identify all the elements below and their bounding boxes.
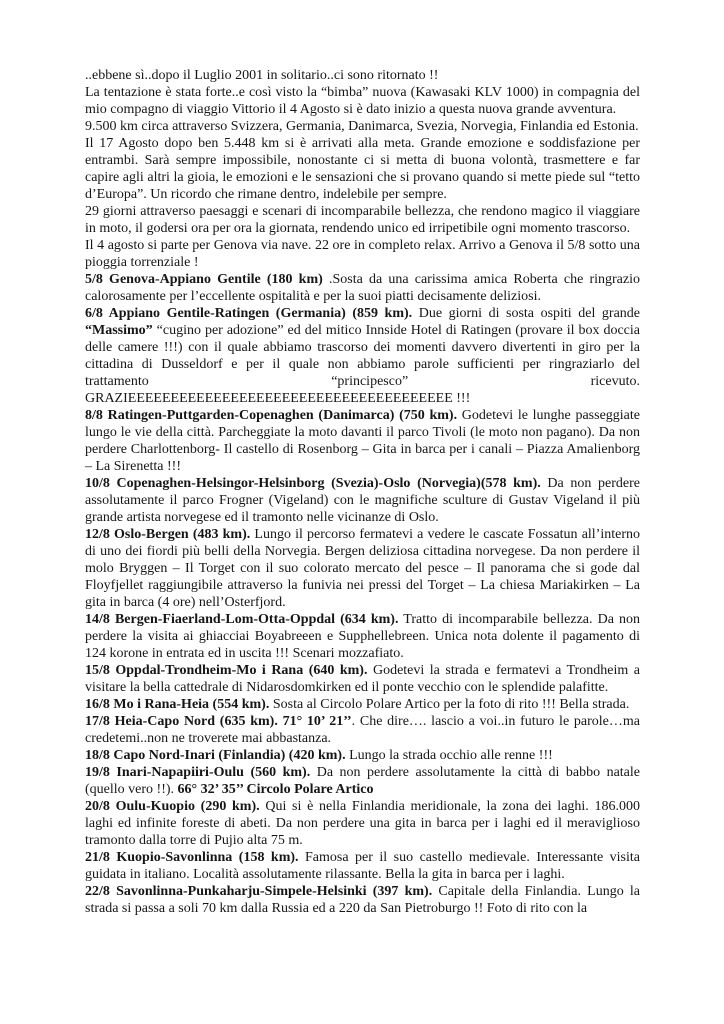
bold-text-run: “Massimo”	[85, 323, 153, 338]
text-run: 29 giorni attraverso paesaggi e scenari …	[85, 204, 640, 236]
bold-text-run: 17/8 Heia-Capo Nord (635 km). 71° 10’ 21…	[85, 714, 352, 729]
paragraph: 12/8 Oslo-Bergen (483 km). Lungo il perc…	[85, 526, 640, 611]
document-body: ..ebbene sì..dopo il Luglio 2001 in soli…	[85, 67, 640, 917]
paragraph: 20/8 Oulu-Kuopio (290 km). Qui si è nell…	[85, 798, 640, 849]
text-run: “cugino per adozione” ed del mitico Inns…	[85, 323, 640, 406]
bold-text-run: 20/8 Oulu-Kuopio (290 km).	[85, 799, 260, 814]
paragraph: 14/8 Bergen-Fiaerland-Lom-Otta-Oppdal (6…	[85, 611, 640, 662]
bold-text-run: 66° 32’ 35’’ Circolo Polare Artico	[178, 782, 374, 797]
paragraph: 10/8 Copenaghen-Helsingor-Helsinborg (Sv…	[85, 475, 640, 526]
bold-text-run: 8/8 Ratingen-Puttgarden-Copenaghen (Dani…	[85, 408, 457, 423]
text-run: Il 17 Agosto dopo ben 5.448 km si è arri…	[85, 136, 640, 202]
paragraph: 29 giorni attraverso paesaggi e scenari …	[85, 203, 640, 237]
bold-text-run: 22/8 Savonlinna-Punkaharju-Simpele-Helsi…	[85, 884, 432, 899]
paragraph: 19/8 Inari-Napapiiri-Oulu (560 km). Da n…	[85, 764, 640, 798]
text-run: La tentazione è stata forte..e così vist…	[85, 85, 640, 117]
paragraph: 8/8 Ratingen-Puttgarden-Copenaghen (Dani…	[85, 407, 640, 475]
bold-text-run: 19/8 Inari-Napapiiri-Oulu (560 km).	[85, 765, 310, 780]
text-run: Il 4 agosto si parte per Genova via nave…	[85, 238, 640, 270]
text-run: ..ebbene sì..dopo il Luglio 2001 in soli…	[85, 68, 438, 83]
paragraph: Il 4 agosto si parte per Genova via nave…	[85, 237, 640, 271]
paragraph: 16/8 Mo i Rana-Heia (554 km). Sosta al C…	[85, 696, 640, 713]
paragraph: Il 17 Agosto dopo ben 5.448 km si è arri…	[85, 135, 640, 203]
text-run: Lungo la strada occhio alle renne !!!	[346, 748, 553, 763]
bold-text-run: 14/8 Bergen-Fiaerland-Lom-Otta-Oppdal (6…	[85, 612, 398, 627]
paragraph: 17/8 Heia-Capo Nord (635 km). 71° 10’ 21…	[85, 713, 640, 747]
paragraph: 15/8 Oppdal-Trondheim-Mo i Rana (640 km)…	[85, 662, 640, 696]
bold-text-run: 6/8 Appiano Gentile-Ratingen (Germania) …	[85, 306, 412, 321]
paragraph: 18/8 Capo Nord-Inari (Finlandia) (420 km…	[85, 747, 640, 764]
paragraph: 21/8 Kuopio-Savonlinna (158 km). Famosa …	[85, 849, 640, 883]
paragraph: 5/8 Genova-Appiano Gentile (180 km) .Sos…	[85, 271, 640, 305]
bold-text-run: 21/8 Kuopio-Savonlinna (158 km).	[85, 850, 299, 865]
bold-text-run: 10/8 Copenaghen-Helsingor-Helsinborg (Sv…	[85, 476, 541, 491]
text-run: Sosta al Circolo Polare Artico per la fo…	[269, 697, 629, 712]
bold-text-run: 18/8 Capo Nord-Inari (Finlandia) (420 km…	[85, 748, 346, 763]
paragraph: ..ebbene sì..dopo il Luglio 2001 in soli…	[85, 67, 640, 84]
text-run: Due giorni di sosta ospiti del grande	[412, 306, 640, 321]
paragraph: 9.500 km circa attraverso Svizzera, Germ…	[85, 118, 640, 135]
paragraph: 22/8 Savonlinna-Punkaharju-Simpele-Helsi…	[85, 883, 640, 917]
bold-text-run: 16/8 Mo i Rana-Heia (554 km).	[85, 697, 269, 712]
document-page: ..ebbene sì..dopo il Luglio 2001 in soli…	[0, 0, 724, 1024]
text-run: 9.500 km circa attraverso Svizzera, Germ…	[85, 119, 639, 134]
bold-text-run: 5/8 Genova-Appiano Gentile (180 km)	[85, 272, 329, 287]
bold-text-run: 12/8 Oslo-Bergen (483 km).	[85, 527, 250, 542]
paragraph: La tentazione è stata forte..e così vist…	[85, 84, 640, 118]
paragraph: 6/8 Appiano Gentile-Ratingen (Germania) …	[85, 305, 640, 407]
bold-text-run: 15/8 Oppdal-Trondheim-Mo i Rana (640 km)…	[85, 663, 367, 678]
